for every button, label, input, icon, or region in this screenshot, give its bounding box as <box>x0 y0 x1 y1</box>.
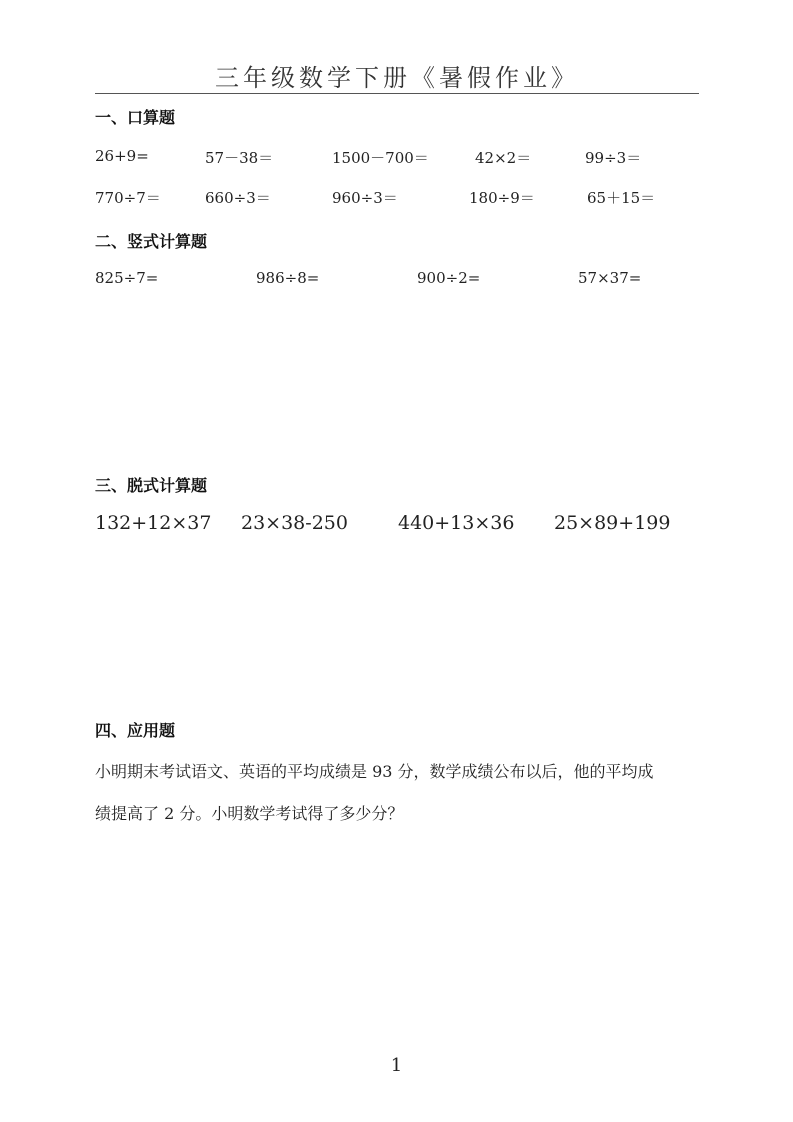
problem: 132+12×37 <box>95 512 211 534</box>
problem: 99÷3＝ <box>585 147 641 168</box>
problem: 180÷9＝ <box>469 187 535 208</box>
section-heading-oral-calc: 一、口算题 <box>95 105 175 128</box>
section-heading-vertical-calc: 二、竖式计算题 <box>95 229 207 252</box>
title-underline <box>95 93 699 94</box>
problem: 57×37= <box>578 269 641 287</box>
problem: 26+9= <box>95 147 149 165</box>
problem: 42×2＝ <box>475 147 531 168</box>
word-problem-line-1: 小明期末考试语文、英语的平均成绩是 93 分，数学成绩公布以后，他的平均成 <box>95 759 654 782</box>
problem: 1500－700＝ <box>332 147 429 168</box>
problem: 825÷7= <box>95 269 158 287</box>
problem: 770÷7＝ <box>95 187 161 208</box>
problem: 660÷3＝ <box>205 187 271 208</box>
document-title: 三年级数学下册《暑假作业》 <box>95 58 699 93</box>
problem: 57－38＝ <box>205 147 273 168</box>
problem: 986÷8= <box>256 269 319 287</box>
section-heading-word-problem: 四、应用题 <box>95 718 175 741</box>
word-problem-line-2: 绩提高了 2 分。小明数学考试得了多少分？ <box>95 801 403 824</box>
problem: 25×89+199 <box>554 512 670 534</box>
page-number: 1 <box>0 1055 793 1076</box>
problem: 65＋15＝ <box>587 187 655 208</box>
problem: 960÷3＝ <box>332 187 398 208</box>
problem: 900÷2= <box>417 269 480 287</box>
problem: 23×38-250 <box>241 512 348 534</box>
section-heading-stepwise-calc: 三、脱式计算题 <box>95 473 207 496</box>
problem: 440+13×36 <box>398 512 514 534</box>
